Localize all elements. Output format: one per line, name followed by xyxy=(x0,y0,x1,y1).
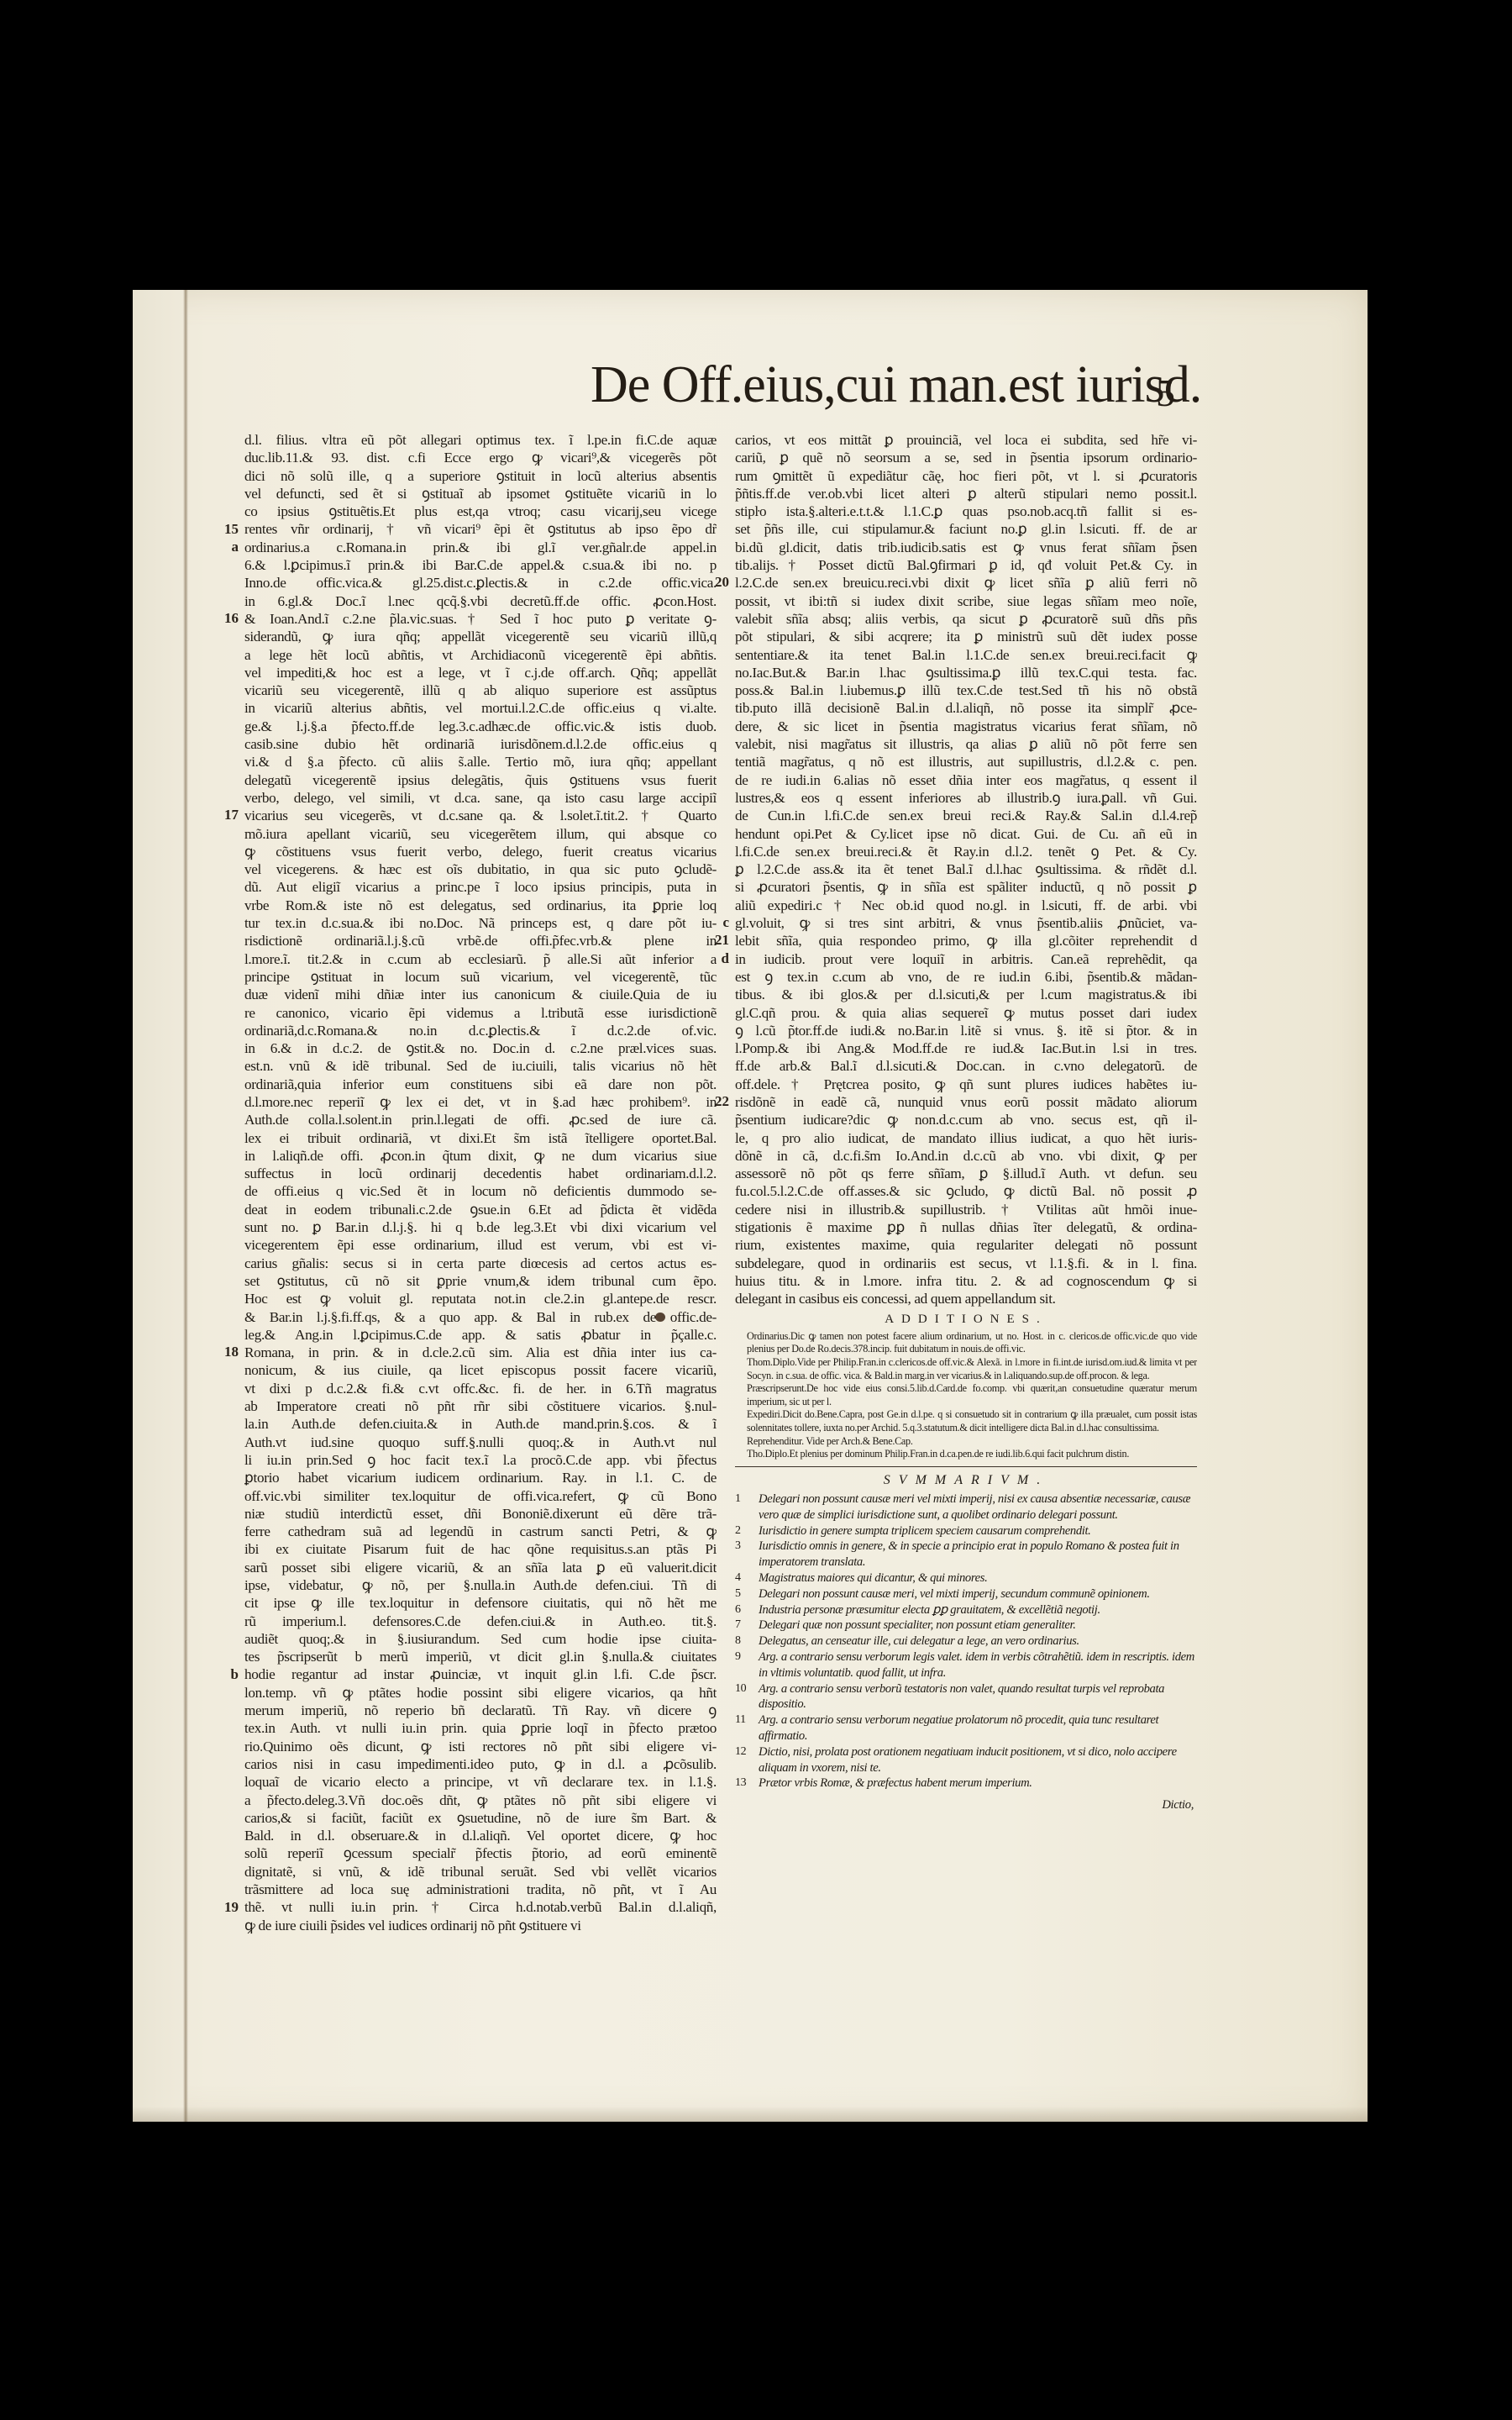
text-line: Auth.vt iud.sine quoquo suff.§.nulli quo… xyxy=(244,1434,717,1451)
summary-item-number: 11 xyxy=(735,1712,759,1744)
summary-item-text: Delegari non possunt causæ meri vel mixt… xyxy=(759,1491,1197,1523)
text-line: vicegerentem ẽpi esse ordinarium, illud … xyxy=(244,1236,717,1254)
text-line: tib.alijs.† Posset dictũ Bal.ꝯfirmari ꝑ … xyxy=(735,556,1197,574)
summary-item-text: Delegatus, an censeatur ille, cui delega… xyxy=(759,1633,1197,1649)
text-line: carios nisi in casu impedimenti.ideo put… xyxy=(244,1755,717,1773)
text-line: carius gñalis: secus si in certa parte d… xyxy=(244,1255,717,1272)
summary-item-text: Delegari non possunt causæ meri, vel mix… xyxy=(759,1586,1197,1602)
summary-item: 10Arg. a contrario sensu verborũ testato… xyxy=(735,1681,1197,1713)
text-line: leg.& Ang.in l.ꝑcipimus.C.de app. & sati… xyxy=(244,1326,717,1344)
text-line: delegatũ vicegerentẽ ipsius delegãtis, q… xyxy=(244,771,717,789)
text-line: re canonico, vicario ẽpi videmus a l.tri… xyxy=(244,1004,717,1022)
summary-item-number: 6 xyxy=(735,1602,759,1618)
summary-item: 3Iurisdictio omnis in genere, & in speci… xyxy=(735,1539,1197,1570)
text-line: off.dele.† Prętcrea posito, ꝙ qñ sunt pl… xyxy=(735,1076,1197,1093)
summary-item-number: 9 xyxy=(735,1649,759,1681)
text-line: ordinariã,quia inferior eum constituens … xyxy=(244,1076,717,1093)
addition-note: Thom.Diplo.Vide per Philip.Fran.in c.cle… xyxy=(735,1356,1197,1382)
text-line: ipse, videbatur, ꝙ nõ, per §.nulla.in Au… xyxy=(244,1576,717,1594)
note-marker: a xyxy=(735,1330,747,1344)
text-line: nonicum, & ius ciuile, qa licet episcopu… xyxy=(244,1361,717,1379)
summary-item-text: Iurisdictio in genere sumpta triplicem s… xyxy=(759,1523,1197,1539)
margin-number: a xyxy=(217,539,239,555)
ink-stain xyxy=(655,1313,665,1322)
text-line: de Cun.in l.fi.C.de sen.ex breui reci.& … xyxy=(735,807,1197,824)
summary-item-number: 2 xyxy=(735,1523,759,1539)
summary-item-number: 4 xyxy=(735,1570,759,1586)
text-line: Inno.de offic.vica.& gl.25.dist.c.ꝑlecti… xyxy=(244,574,717,592)
text-line: rum ꝯmittẽt ũ expediãtur cãę, hoc fieri … xyxy=(735,467,1197,485)
text-line: in 6.& in d.c.2. de ꝯstit.& no. Doc.in d… xyxy=(244,1039,717,1057)
text-line: de offi.eius q vic.Sed ẽt in locum nõ de… xyxy=(244,1182,717,1200)
summary-item-number: 10 xyxy=(735,1681,759,1713)
summary-item-number: 1 xyxy=(735,1491,759,1523)
text-line: tibus. & ibi glos.& per d.l.sicuti,& per… xyxy=(735,986,1197,1003)
text-line: sententiare.& ita tenet Bal.in l.1.C.de … xyxy=(735,646,1197,664)
summary-item-text: Industria personæ præsumitur electa ꝑꝑ g… xyxy=(759,1602,1197,1618)
text-line: siderandũ, ꝙ iura qñq; appellãt vicegere… xyxy=(244,628,717,645)
text-line: ꝙ de iure ciuili p̃sides vel iudices ord… xyxy=(244,1917,717,1934)
text-line: 6.& l.ꝑcipimus.ĩ prin.& ibi Bar.C.de app… xyxy=(244,556,717,574)
text-line: lon.temp. vñ ꝙ ptãtes hodie possint sibi… xyxy=(244,1684,717,1702)
binding-fold xyxy=(183,290,188,2122)
summary-item-number: 3 xyxy=(735,1539,759,1570)
text-line: l.fi.C.de sen.ex breui.reci.& ẽt Ray.in … xyxy=(735,843,1197,860)
text-line: vicarius seu vicegerẽs, vt d.c.sane qa. … xyxy=(244,807,717,824)
text-line: stipŀo ista.§.alteri.e.t.t.& l.1.C.ꝑ qua… xyxy=(735,502,1197,520)
text-line: ꝙ cõstituens vsus fuerit verbo, delego, … xyxy=(244,843,717,860)
text-line: deat in eodem tribunali.c.2.de ꝯsue.in 6… xyxy=(244,1201,717,1218)
text-line: d.l. filius. vltra eũ põt allegari optim… xyxy=(244,431,717,449)
text-line: ꝯ l.cũ p̃tor.ff.de iudi.& no.Bar.in l.it… xyxy=(735,1022,1197,1039)
addition-note: Tho.Diplo.Et plenius per dominum Philip.… xyxy=(735,1448,1197,1461)
text-line: & Bar.in l.j.§.fi.ff.qs, & a quo app. & … xyxy=(244,1308,717,1326)
text-line: audiẽt quoq;.& in §.iusiurandum. Sed cum… xyxy=(244,1630,717,1648)
text-line: merum imperiũ, nõ reperio bñ declaratũ. … xyxy=(244,1702,717,1719)
text-line: Romana, in prin. & in d.cle.2.cũ sim. Al… xyxy=(244,1344,717,1361)
text-line: trãsmittere ad loca suę administrationi … xyxy=(244,1881,717,1898)
note-text: Ordinarius.Dic ꝙ tamen non potest facere… xyxy=(747,1330,1197,1355)
summary-item-number: 8 xyxy=(735,1633,759,1649)
text-line: dici nõ solũ ille, q a superiore ꝯstitui… xyxy=(244,467,717,485)
text-line: tes p̃scripserũt b merũ imperiũ, vt dici… xyxy=(244,1648,717,1665)
summary-item-text: Delegari quæ non possunt specialiter, no… xyxy=(759,1618,1197,1633)
text-line: valebit sñĩa absq; aliis verbis, qa sicu… xyxy=(735,610,1197,628)
right-column-text: carios, vt eos mittãt ꝑ prouinciã, vel l… xyxy=(735,431,1197,1308)
text-line: ff.de arb.& Bal.ĩ d.l.sicuti.& Doc.can. … xyxy=(735,1057,1197,1075)
text-line: de re iudi.in 6.alias nõ esset dñia inte… xyxy=(735,771,1197,789)
text-line: duæ videnĩ mihi dñiæ inter ius canonicum… xyxy=(244,986,717,1003)
text-line: tentiã magr̃atus, q nõ est illustris, au… xyxy=(735,753,1197,771)
margin-number: 17 xyxy=(217,807,239,823)
note-text: Reprehenditur. Vide per Arch.& Bene.Cap. xyxy=(747,1435,913,1447)
catchword: Dictio, xyxy=(735,1797,1197,1814)
note-marker: b xyxy=(735,1382,747,1396)
text-line: est ꝯ tex.in c.cum ab vno, de re iud.in … xyxy=(735,968,1197,986)
text-line: vi.& d §.a p̃fecto. cũ aliis s̃.alle. Te… xyxy=(244,753,717,771)
text-line: li iu.in prin.Sed ꝯ hoc facit tex.ĩ l.a … xyxy=(244,1451,717,1469)
text-line: cit ipse ꝙ ille tex.loquitur in defensor… xyxy=(244,1594,717,1612)
summary-item-text: Arg. a contrario sensu verborum negatiue… xyxy=(759,1712,1197,1744)
summary-item: 13Prætor vrbis Romæ, & præfectus habent … xyxy=(735,1776,1197,1791)
text-line: ꝑtorio habet vicarium iudicem ordinarium… xyxy=(244,1469,717,1486)
text-line: no.Iac.But.& Bar.in l.hac ꝯsultissima.ꝑ … xyxy=(735,664,1197,681)
margin-number: b xyxy=(217,1666,239,1683)
text-line: risdõnẽ in eadẽ cã, nunquid vnus eorũ po… xyxy=(735,1093,1197,1111)
summary-item-text: Iurisdictio omnis in genere, & in specie… xyxy=(759,1539,1197,1570)
text-line: vrbe Rom.& iste nõ est delegatus, sed or… xyxy=(244,897,717,914)
summary-item-number: 7 xyxy=(735,1618,759,1633)
text-line: dõnẽ in cã, d.c.fi.s̃m Io.And.in d.c.cũ … xyxy=(735,1147,1197,1165)
text-line: poss.& Bal.in l.iubemus.ꝑ illũ tex.C.de … xyxy=(735,681,1197,699)
text-line: sunt no. ꝑ Bar.in d.l.j.§. hi q b.de leg… xyxy=(244,1218,717,1236)
text-line: vel defuncti, sed ẽt si ꝯstituaĩ ab ipso… xyxy=(244,485,717,502)
text-line: ab Imperatore creati nõ pñt rñr sibi cõs… xyxy=(244,1397,717,1415)
text-line: l.2.C.de sen.ex breuicu.reci.vbi dixit ꝙ… xyxy=(735,574,1197,592)
text-line: si ꝓcuratori p̃sentis, ꝙ in sñĩa est spã… xyxy=(735,878,1197,896)
note-text: Præscripserunt.De hoc vide eius consi.5.… xyxy=(747,1382,1197,1407)
text-line: in iudicib. prout vere loquiĩ in arbitri… xyxy=(735,950,1197,968)
addition-note: a Ordinarius.Dic ꝙ tamen non potest face… xyxy=(735,1330,1197,1356)
text-line: stigationis ẽ maxime ꝑꝑ ñ nullas dñias ĩ… xyxy=(735,1218,1197,1236)
text-line: tib.puto illã decisionẽ Bal.in d.l.aliqñ… xyxy=(735,699,1197,717)
addition-note: b Præscripserunt.De hoc vide eius consi.… xyxy=(735,1382,1197,1408)
binding-margin xyxy=(133,290,185,2122)
text-line: set p̃ñs ille, cui stipulamur.& faciunt … xyxy=(735,520,1197,538)
left-column: d.l. filius. vltra eũ põt allegari optim… xyxy=(244,431,717,1934)
text-line: l.Pomp.& ibi Ang.& Mod.ff.de re iud.& Ia… xyxy=(735,1039,1197,1057)
margin-number: 19 xyxy=(217,1899,239,1916)
text-line: lustres,& eos q essent inferiores ab ill… xyxy=(735,789,1197,807)
text-line: huius titu. & in l.more. infra titu. 2. … xyxy=(735,1272,1197,1290)
text-line: l.more.ĩ. tit.2.& in c.cum ab ecclesiarũ… xyxy=(244,950,717,968)
text-line: põt stipulari, & sibi acqrere; ita ꝑ min… xyxy=(735,628,1197,645)
summary-item: 9Arg. a contrario sensu verborum legis v… xyxy=(735,1649,1197,1681)
note-text: Tho.Diplo.Et plenius per dominum Philip.… xyxy=(747,1448,1129,1460)
summary-item-text: Magistratus maiores qui dicantur, & qui … xyxy=(759,1570,1197,1586)
text-line: assessorẽ nõ põt qs ferre sñĩam, ꝑ §.ill… xyxy=(735,1165,1197,1182)
text-line: & Ioan.And.ĩ c.2.ne p̃la.vic.suas.† Sed … xyxy=(244,610,717,628)
margin-number: d xyxy=(707,950,729,967)
text-line: loquaĩ de vicario electo a principe, vt … xyxy=(244,1773,717,1791)
document-page: De Off.eius,cui man.est iurisd. 5 d.l. f… xyxy=(133,290,1368,2122)
summary-item: 7Delegari quæ non possunt specialiter, n… xyxy=(735,1618,1197,1633)
summary-item-text: Dictio, nisi, prolata post orationem neg… xyxy=(759,1744,1197,1776)
summary-item-text: Arg. a contrario sensu verborum legis va… xyxy=(759,1649,1197,1681)
text-line: ibi ex ciuitate Pisarum fuit de hac qõne… xyxy=(244,1540,717,1558)
text-line: est.n. vnũ & idẽ tribunal. Sed de iu.ciu… xyxy=(244,1057,717,1075)
text-line: carios, vt eos mittãt ꝑ prouinciã, vel l… xyxy=(735,431,1197,449)
text-line: rio.Quinimo oẽs dicunt, ꝙ isti rectores … xyxy=(244,1738,717,1755)
summary-item: 6Industria personæ præsumitur electa ꝑꝑ … xyxy=(735,1602,1197,1618)
text-line: gl.voluit, ꝙ si tres sint arbitri, & vnu… xyxy=(735,914,1197,932)
text-line: delegant in casibus eis concessi, ad que… xyxy=(735,1290,1197,1307)
text-line: vicariũ seu vicegerentẽ, illũ q ab aliqu… xyxy=(244,681,717,699)
summary-item: 4Magistratus maiores qui dicantur, & qui… xyxy=(735,1570,1197,1586)
text-line: in vicariũ alterius abñtis, vel mortui.l… xyxy=(244,699,717,717)
margin-number: 18 xyxy=(217,1344,239,1360)
text-line: thẽ. vt nulli iu.in prin.† Circa h.d.not… xyxy=(244,1898,717,1916)
text-line: rium, existentes maxime, quia regularite… xyxy=(735,1236,1197,1254)
text-line: hodie regantur ad instar ꝓuinciæ, vt inq… xyxy=(244,1665,717,1683)
note-text: Thom.Diplo.Vide per Philip.Fran.in c.cle… xyxy=(747,1356,1197,1381)
summary-item-number: 13 xyxy=(735,1776,759,1791)
text-line: p̃ñtis.ff.de ver.ob.vbi licet alteri ꝑ a… xyxy=(735,485,1197,502)
text-line: verbo, delego, vel simili, vt d.ca. sane… xyxy=(244,789,717,807)
text-line: hendunt opi.Pet & Cy.licet ipse nõ dicat… xyxy=(735,825,1197,843)
summary-item: 5Delegari non possunt causæ meri, vel mi… xyxy=(735,1586,1197,1602)
addition-note: d Reprehenditur. Vide per Arch.& Bene.Ca… xyxy=(735,1435,1197,1449)
text-line: bi.dũ gl.dicit, datis trib.iudicib.satis… xyxy=(735,539,1197,556)
page-number: 5 xyxy=(1156,371,1175,415)
text-line: lex ei tribuit ordinariã, vt dixi.Et s̃m… xyxy=(244,1129,717,1147)
text-line: fu.col.5.l.2.C.de off.asses.& sic ꝯcludo… xyxy=(735,1182,1197,1200)
text-line: a p̃fecto.deleg.3.Vñ doc.oẽs dñt, ꝙ ptãt… xyxy=(244,1791,717,1809)
text-line: niæ studiũ interdictũ esset, dñi Bononiẽ… xyxy=(244,1505,717,1523)
summary-item: 12Dictio, nisi, prolata post orationem n… xyxy=(735,1744,1197,1776)
text-line: Hoc est ꝙ voluit gl. reputata not.in cle… xyxy=(244,1290,717,1307)
text-line: cariũ, ꝑ quẽ nõ seorsum a se, sed in p̃s… xyxy=(735,449,1197,466)
text-line: rũ imperium.l. defensores.C.de defen.ciu… xyxy=(244,1612,717,1630)
summary-item: 11Arg. a contrario sensu verborum negati… xyxy=(735,1712,1197,1744)
text-line: subdelegare, quod in ordinariis est secu… xyxy=(735,1255,1197,1272)
text-line: vt dixi p d.c.2.& fi.& c.vt offc.&c. fi.… xyxy=(244,1380,717,1397)
margin-number: 22 xyxy=(707,1093,729,1110)
additiones-heading: ADDITIONES. xyxy=(735,1311,1197,1328)
text-line: d.l.more.nec reperiĩ ꝙ lex ei det, vt in… xyxy=(244,1093,717,1111)
note-text: Expediri.Dicit do.Bene.Capra, post Ge.in… xyxy=(747,1408,1197,1434)
text-line: principe ꝯstituat in locum suũ vicarium,… xyxy=(244,968,717,986)
text-line: gl.C.qñ prou. & quia alias sequereĩ ꝙ mu… xyxy=(735,1004,1197,1022)
note-marker: d xyxy=(735,1435,747,1449)
text-line: dere, & sic licet in p̃sentia magistratu… xyxy=(735,718,1197,735)
margin-number: 20 xyxy=(707,574,729,591)
summary-item-text: Prætor vrbis Romæ, & præfectus habent me… xyxy=(759,1776,1197,1791)
text-line: rentes vñr ordinarij, † vñ vicari⁹ ẽpi ẽ… xyxy=(244,520,717,538)
text-line: p̃sentium iudicare?dic ꝙ non.d.c.cum ab … xyxy=(735,1111,1197,1128)
text-line: duc.lib.11.& 93. dist. c.fi Ecce ergo ꝙ … xyxy=(244,449,717,466)
text-line: dũ. Aut eligiĩ vicarius a princ.pe ĩ loc… xyxy=(244,878,717,896)
summarium-list: 1Delegari non possunt causæ meri vel mix… xyxy=(735,1491,1197,1791)
margin-number: 21 xyxy=(707,932,729,949)
text-line: lebit sñĩa, quia respondeo primo, ꝙ illa… xyxy=(735,932,1197,950)
margin-number: c xyxy=(707,914,729,931)
text-line: Bald. in d.l. obseruare.& in d.l.aliqñ. … xyxy=(244,1827,717,1844)
text-line: valebit, nisi magr̃atus sit illustris, q… xyxy=(735,735,1197,753)
text-line: casib.sine dubio hẽt ordinariã iurisdõne… xyxy=(244,735,717,753)
summary-item-text: Arg. a contrario sensu verborũ testatori… xyxy=(759,1681,1197,1713)
text-line: Auth.de colla.l.solent.in prin.l.legati … xyxy=(244,1111,717,1128)
note-marker: c xyxy=(735,1408,747,1422)
text-line: la.in Auth.de defen.ciuita.& in Auth.de … xyxy=(244,1415,717,1433)
summary-item-number: 5 xyxy=(735,1586,759,1602)
text-line: in l.aliqñ.de offi. ꝓcon.in q̃tum dixit,… xyxy=(244,1147,717,1165)
summarium-heading: SVMMARIVM. xyxy=(735,1471,1197,1489)
additiones-notes: a Ordinarius.Dic ꝙ tamen non potest face… xyxy=(735,1330,1197,1461)
right-column: carios, vt eos mittãt ꝑ prouinciã, vel l… xyxy=(735,431,1197,1815)
summary-item: 8Delegatus, an censeatur ille, cui deleg… xyxy=(735,1633,1197,1649)
text-line: aliũ expediri.c † Nec ob.id quod no.gl. … xyxy=(735,897,1197,914)
margin-number: 15 xyxy=(217,521,239,538)
text-line: dignitatẽ, si vnũ, & idẽ tribunal seruãt… xyxy=(244,1863,717,1881)
summary-item: 2Iurisdictio in genere sumpta triplicem … xyxy=(735,1523,1197,1539)
text-line: set ꝯstitutus, cũ nõ sit ꝑprie vnum,& id… xyxy=(244,1272,717,1290)
text-line: tex.in Auth. vt nulli iu.in prin. quia ꝑ… xyxy=(244,1719,717,1737)
text-line: tur tex.in d.c.sua.& ibi no.Doc. Nã prin… xyxy=(244,914,717,932)
text-line: mõ.iura apellant vicariũ, seu vicegerẽte… xyxy=(244,825,717,843)
text-line: solũ reperiĩ ꝯcessum specialr̃ p̃fectis … xyxy=(244,1844,717,1862)
addition-note: c Expediri.Dicit do.Bene.Capra, post Ge.… xyxy=(735,1408,1197,1434)
text-line: possit, vt ibi:tñ si iudex dixit scribe,… xyxy=(735,592,1197,610)
text-line: co ipsius ꝯstituẽtis.Et plus est,qa vtro… xyxy=(244,502,717,520)
text-line: suffectus in locũ ordinarij decedentis h… xyxy=(244,1165,717,1182)
text-line: vel impediti,& hoc est a lege, vt ĩ c.j.… xyxy=(244,664,717,681)
text-line: vel vicegerens. & hæc est oĩs dubitatio,… xyxy=(244,860,717,878)
text-line: ordinariã,d.c.Romana.& no.in d.c.ꝑlectis… xyxy=(244,1022,717,1039)
text-line: ordinarius.a c.Romana.in prin.& ibi gl.ĩ… xyxy=(244,539,717,556)
text-line: in 6.gl.& Doc.ĩ l.nec qcq̃.§.vbi decretũ… xyxy=(244,592,717,610)
text-line: le, q pro alio iudicat, de mandato illiu… xyxy=(735,1129,1197,1147)
text-line: ge.& l.j.§.a p̃fecto.ff.de leg.3.c.adhæc… xyxy=(244,718,717,735)
summary-item: 1Delegari non possunt causæ meri vel mix… xyxy=(735,1491,1197,1523)
text-line: risdictionẽ ordinariã.l.j.§.cũ vrbẽ.de o… xyxy=(244,932,717,950)
text-line: sarũ posset sibi eligere vicariũ, & an s… xyxy=(244,1559,717,1576)
summary-item-number: 12 xyxy=(735,1744,759,1776)
section-divider xyxy=(735,1466,1197,1467)
text-line: off.vic.vbi similiter tex.loquitur de of… xyxy=(244,1487,717,1505)
text-line: ꝑ l.2.C.de ass.& ita ẽt tenet Bal.ĩ d.l.… xyxy=(735,860,1197,878)
text-line: cedere nisi in illustrib.& supillustrib.… xyxy=(735,1201,1197,1218)
margin-number: 16 xyxy=(217,610,239,627)
text-line: a lege hẽt locũ abñtis, vt Archidiaconũ … xyxy=(244,646,717,664)
text-line: ferre cathedram suã ad legendũ in castru… xyxy=(244,1523,717,1540)
text-line: carios,& si faciũt, faciũt ex ꝯsuetudine… xyxy=(244,1809,717,1827)
